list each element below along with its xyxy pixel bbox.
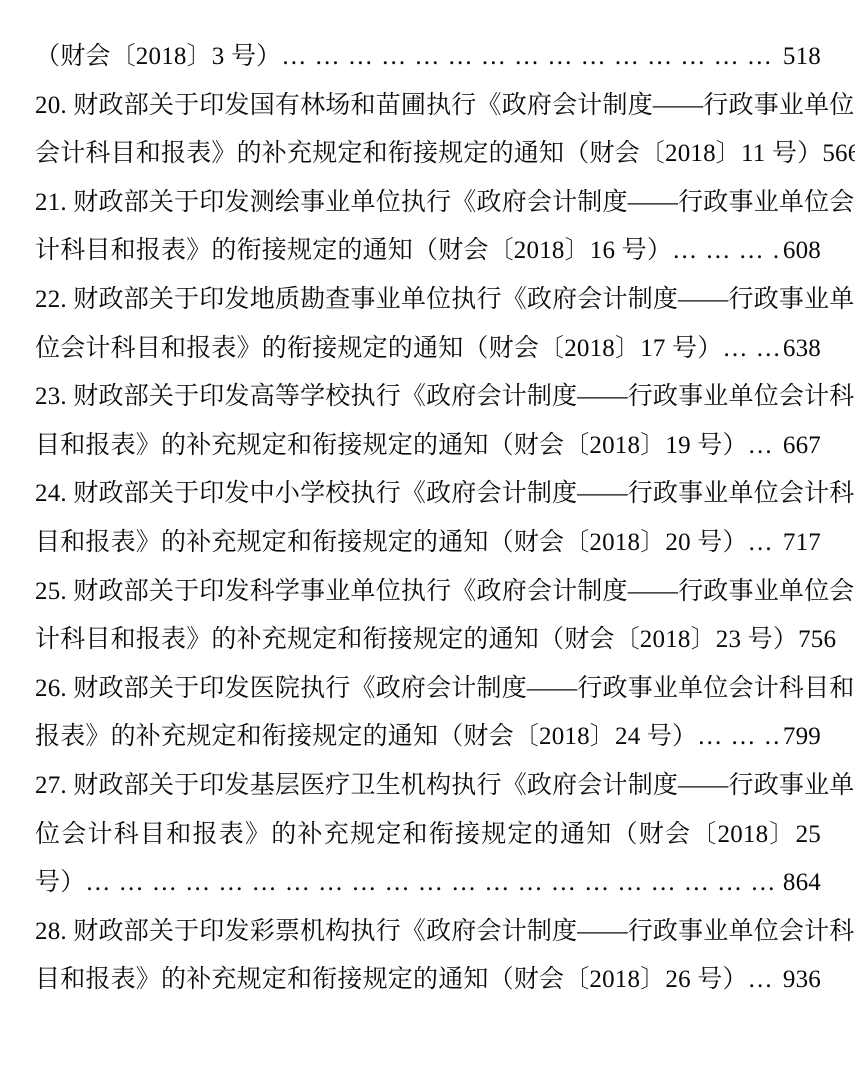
toc-line-text: 号）: [35, 859, 85, 908]
toc-line: 28. 财政部关于印发彩票机构执行《政府会计制度——行政事业单位会计科: [35, 908, 821, 957]
toc-line-text: 28. 财政部关于印发彩票机构执行《政府会计制度——行政事业单位会计科: [35, 918, 855, 945]
dot-leader: [722, 325, 782, 374]
toc-line: 位会计科目和报表》的补充规定和衔接规定的通知（财会〔2018〕25: [35, 811, 821, 860]
toc-line: 27. 财政部关于印发基层医疗卫生机构执行《政府会计制度——行政事业单: [35, 762, 821, 811]
page-number: 864: [783, 859, 821, 908]
toc-line-text: 目和报表》的补充规定和衔接规定的通知（财会〔2018〕20 号）: [35, 519, 748, 568]
page-number: 756: [798, 616, 836, 665]
toc-line-text: 25. 财政部关于印发科学事业单位执行《政府会计制度——行政事业单位会: [35, 578, 855, 605]
toc-line: 20. 财政部关于印发国有林场和苗圃执行《政府会计制度——行政事业单位: [35, 82, 821, 131]
toc-line-text: 22. 财政部关于印发地质勘查事业单位执行《政府会计制度——行政事业单: [35, 286, 855, 313]
toc-line-text: 26. 财政部关于印发医院执行《政府会计制度——行政事业单位会计科目和: [35, 675, 855, 702]
toc-line-text: 报表》的补充规定和衔接规定的通知（财会〔2018〕24 号）: [35, 713, 697, 762]
toc-line: 目和报表》的补充规定和衔接规定的通知（财会〔2018〕26 号） 936: [35, 956, 821, 1005]
document-page: （财会〔2018〕3 号） 518 20. 财政部关于印发国有林场和苗圃执行《政…: [0, 0, 855, 1092]
dot-leader: [697, 713, 783, 762]
page-number: 936: [783, 956, 821, 1005]
toc-line-text: 位会计科目和报表》的衔接规定的通知（财会〔2018〕17 号）: [35, 325, 722, 374]
toc-line: 目和报表》的补充规定和衔接规定的通知（财会〔2018〕20 号） 717: [35, 519, 821, 568]
page-number: 717: [783, 519, 821, 568]
page-number: 638: [783, 325, 821, 374]
toc-line-text: 27. 财政部关于印发基层医疗卫生机构执行《政府会计制度——行政事业单: [35, 772, 855, 799]
toc-line-text: 20. 财政部关于印发国有林场和苗圃执行《政府会计制度——行政事业单位: [35, 92, 855, 119]
toc-line: 21. 财政部关于印发测绘事业单位执行《政府会计制度——行政事业单位会: [35, 179, 821, 228]
page-number: 566: [822, 130, 855, 179]
toc-line: 24. 财政部关于印发中小学校执行《政府会计制度——行政事业单位会计科: [35, 470, 821, 519]
toc: （财会〔2018〕3 号） 518 20. 财政部关于印发国有林场和苗圃执行《政…: [0, 0, 855, 1005]
dot-leader: [85, 859, 782, 908]
toc-line-text: 目和报表》的补充规定和衔接规定的通知（财会〔2018〕19 号）: [35, 422, 748, 471]
dot-leader: [748, 956, 783, 1005]
toc-line-text: 位会计科目和报表》的补充规定和衔接规定的通知（财会〔2018〕25: [35, 821, 821, 848]
dot-leader: [748, 422, 783, 471]
page-number: 799: [783, 713, 821, 762]
toc-line: 计科目和报表》的衔接规定的通知（财会〔2018〕16 号） 608: [35, 227, 821, 276]
toc-line: 号） 864: [35, 859, 821, 908]
toc-line-text: 会计科目和报表》的补充规定和衔接规定的通知（财会〔2018〕11 号）: [35, 130, 822, 179]
toc-line-text: （财会〔2018〕3 号）: [35, 33, 281, 82]
toc-line: 目和报表》的补充规定和衔接规定的通知（财会〔2018〕19 号） 667: [35, 422, 821, 471]
toc-line-text: 21. 财政部关于印发测绘事业单位执行《政府会计制度——行政事业单位会: [35, 189, 855, 216]
toc-line: （财会〔2018〕3 号） 518: [35, 33, 821, 82]
toc-line: 报表》的补充规定和衔接规定的通知（财会〔2018〕24 号） 799: [35, 713, 821, 762]
toc-line-text: 目和报表》的补充规定和衔接规定的通知（财会〔2018〕26 号）: [35, 956, 748, 1005]
toc-line-text: 24. 财政部关于印发中小学校执行《政府会计制度——行政事业单位会计科: [35, 480, 855, 507]
toc-line-text: 计科目和报表》的衔接规定的通知（财会〔2018〕16 号）: [35, 227, 672, 276]
toc-line: 26. 财政部关于印发医院执行《政府会计制度——行政事业单位会计科目和: [35, 665, 821, 714]
toc-line-text: 23. 财政部关于印发高等学校执行《政府会计制度——行政事业单位会计科: [35, 383, 855, 410]
toc-line-text: 计科目和报表》的补充规定和衔接规定的通知（财会〔2018〕23 号）: [35, 616, 798, 665]
toc-line: 22. 财政部关于印发地质勘查事业单位执行《政府会计制度——行政事业单: [35, 276, 821, 325]
toc-line: 计科目和报表》的补充规定和衔接规定的通知（财会〔2018〕23 号） 756: [35, 616, 821, 665]
toc-line: 会计科目和报表》的补充规定和衔接规定的通知（财会〔2018〕11 号） 566: [35, 130, 821, 179]
toc-line: 位会计科目和报表》的衔接规定的通知（财会〔2018〕17 号） 638: [35, 325, 821, 374]
toc-line: 23. 财政部关于印发高等学校执行《政府会计制度——行政事业单位会计科: [35, 373, 821, 422]
dot-leader: [748, 519, 783, 568]
page-number: 608: [783, 227, 821, 276]
dot-leader: [281, 33, 783, 82]
dot-leader: [672, 227, 783, 276]
page-number: 518: [783, 33, 821, 82]
page-number: 667: [783, 422, 821, 471]
toc-line: 25. 财政部关于印发科学事业单位执行《政府会计制度——行政事业单位会: [35, 568, 821, 617]
